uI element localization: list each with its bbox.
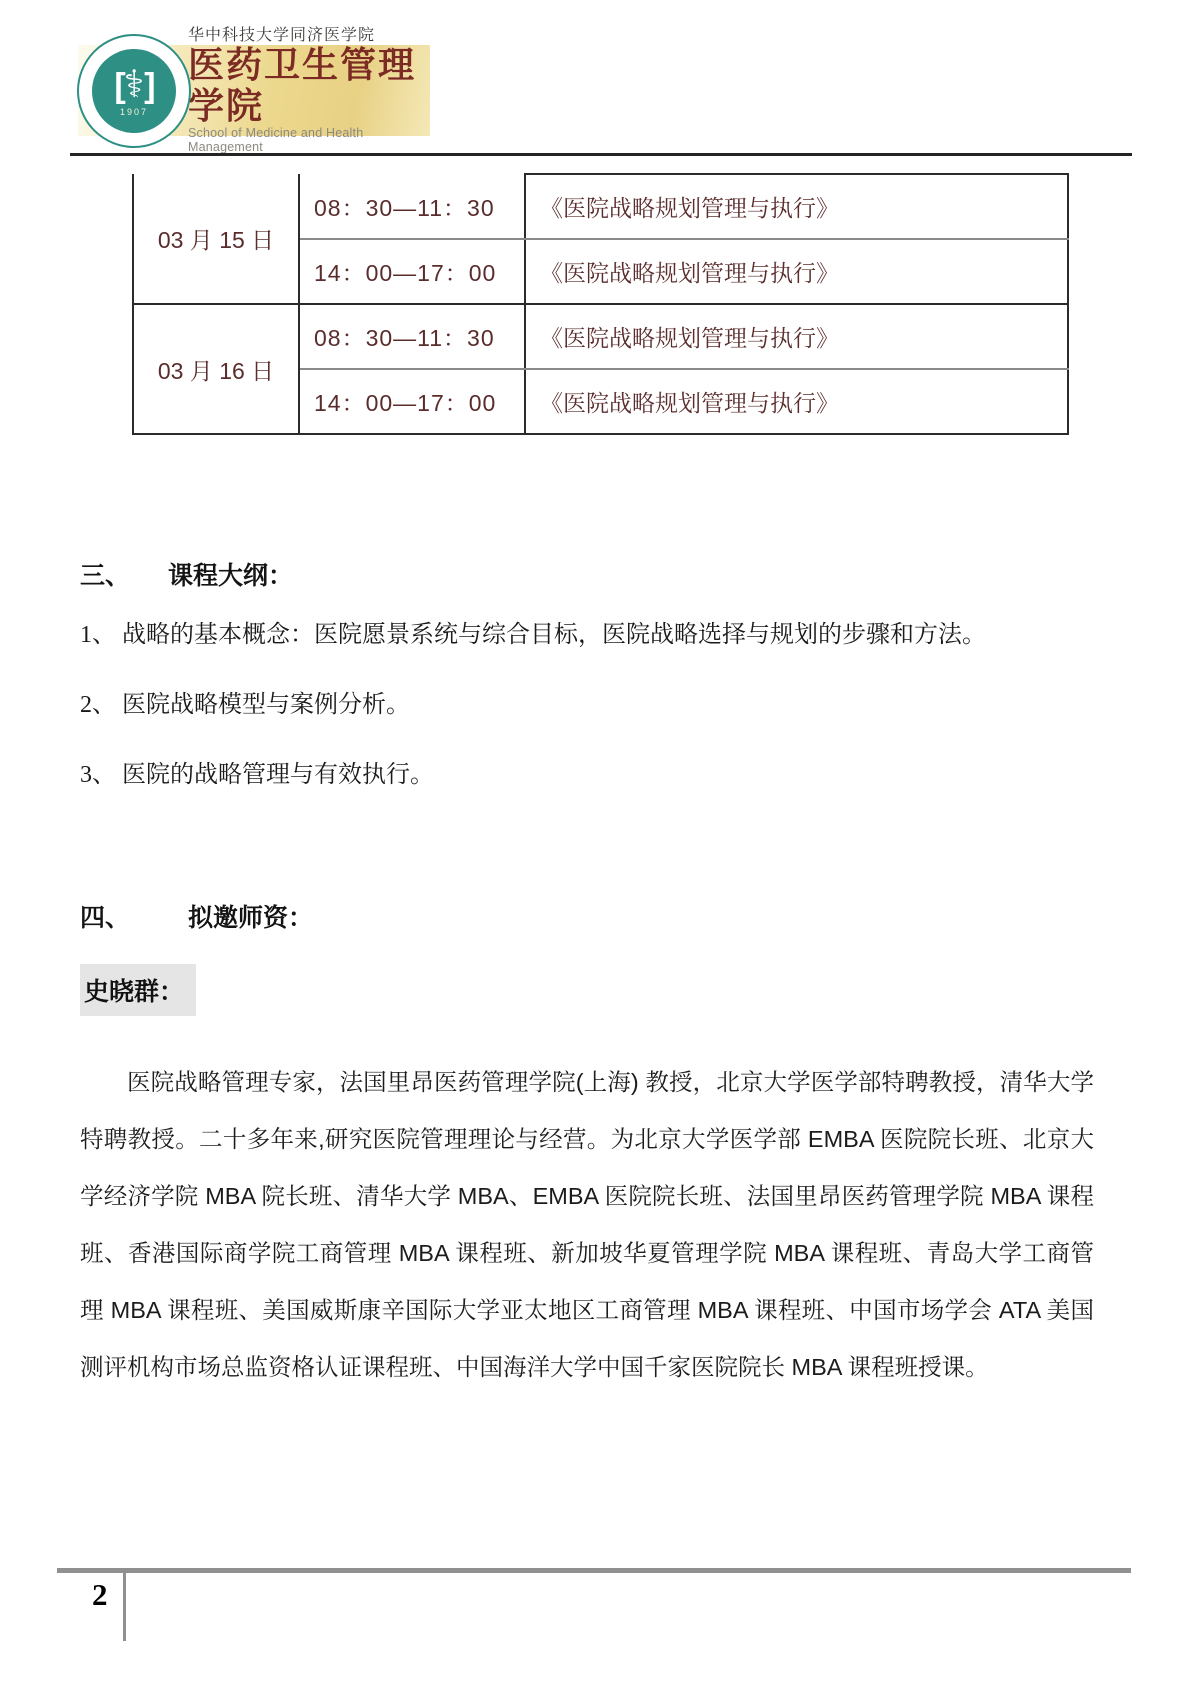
schedule-table: 03 月 15 日 08：30—11：30 《医院战略规划管理与执行》 14：0…: [132, 173, 1069, 435]
footer-divider: [57, 1568, 1131, 1573]
time-cell: 08：30—11：30: [299, 174, 525, 239]
header-divider: [70, 153, 1132, 156]
course-cell: 《医院战略规划管理与执行》: [525, 239, 1068, 304]
page-number: 2: [92, 1577, 108, 1613]
table-row: 03 月 16 日 08：30—11：30 《医院战略规划管理与执行》: [133, 304, 1068, 369]
time-cell: 14：00—17：00: [299, 239, 525, 304]
university-name: 华中科技大学同济医学院: [188, 27, 430, 45]
lecturer-name: 史晓群：: [80, 964, 196, 1016]
section-outline-heading: 三、课程大纲：: [80, 556, 293, 592]
lecturer-name-highlight: 史晓群：: [80, 964, 196, 1016]
table-row: 03 月 15 日 08：30—11：30 《医院战略规划管理与执行》: [133, 174, 1068, 239]
date-cell: 03 月 15 日: [133, 174, 299, 304]
logo-year: 1907: [120, 108, 148, 117]
outline-item-3: 3、医院的战略管理与有效执行。: [80, 754, 434, 789]
outline-item-2: 2、医院战略模型与案例分析。: [80, 684, 410, 719]
course-cell: 《医院战略规划管理与执行》: [525, 174, 1068, 239]
lecturer-bio: 医院战略管理专家，法国里昂医药管理学院(上海) 教授，北京大学医学部特聘教授，清…: [80, 1054, 1094, 1396]
time-cell: 08：30—11：30: [299, 304, 525, 369]
outline-item-1: 1、战略的基本概念：医院愿景系统与综合目标，医院战略选择与规划的步骤和方法。: [80, 614, 986, 649]
caduceus-icon: ⚕: [124, 64, 145, 106]
date-cell: 03 月 16 日: [133, 304, 299, 434]
school-name-cn: 医药卫生管理学院: [188, 45, 430, 126]
school-logo-emblem: [⚕] 1907: [92, 49, 176, 133]
course-cell: 《医院战略规划管理与执行》: [525, 369, 1068, 434]
course-cell: 《医院战略规划管理与执行》: [525, 304, 1068, 369]
time-cell: 14：00—17：00: [299, 369, 525, 434]
footer-vertical-line: [123, 1568, 126, 1641]
document-page: 华中科技大学同济医学院 医药卫生管理学院 School of Medicine …: [0, 0, 1199, 1696]
school-name-en: School of Medicine and Health Management: [188, 126, 430, 154]
open-book-icon: [⚕]: [114, 66, 153, 104]
school-logo: [⚕] 1907: [77, 34, 191, 148]
section-faculty-heading: 四、拟邀师资：: [80, 898, 313, 934]
